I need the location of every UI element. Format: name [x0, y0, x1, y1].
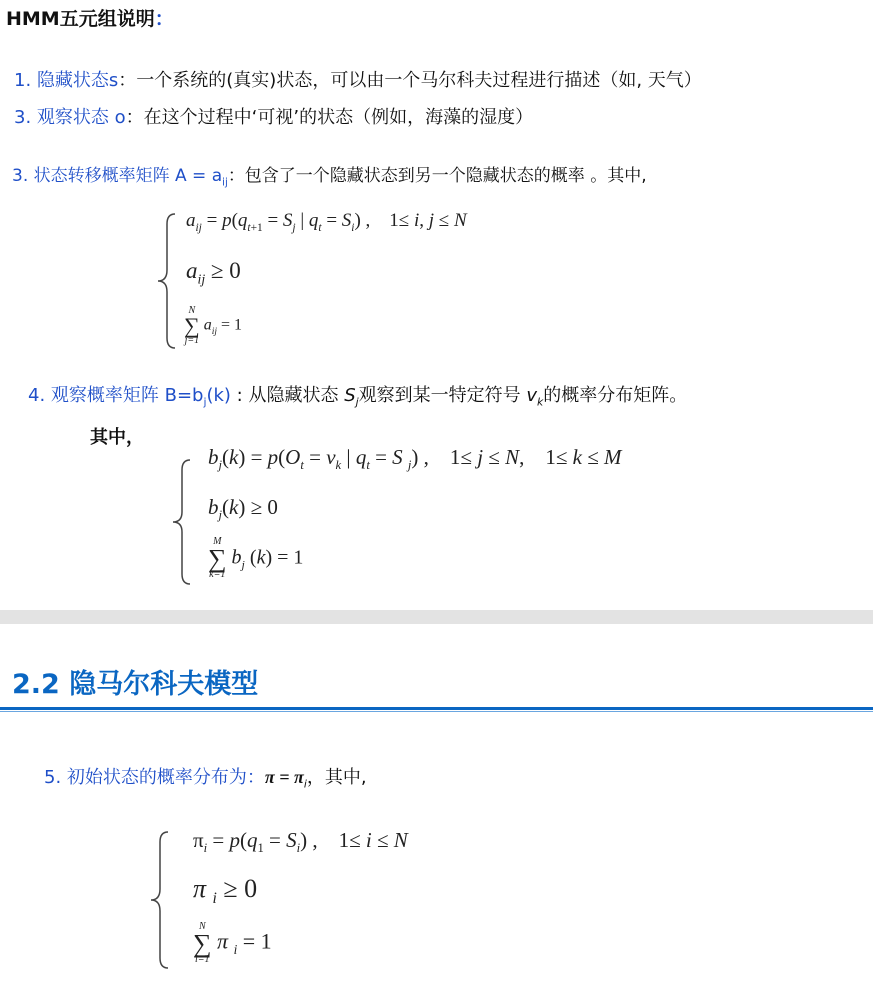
- item-observation-matrix: 4. 观察概率矩阵 B=bj(k) : 从隐藏状态 Sj观察到某一特定符号 vk…: [28, 381, 687, 409]
- left-brace-icon: [148, 830, 172, 970]
- item-text: 在这个过程中‘可视’的状态（例如，海藻的湿度）: [144, 107, 533, 128]
- item-label: 4. 观察概率矩阵 B=b: [28, 385, 203, 406]
- page-title: HMM五元组说明：: [6, 4, 174, 31]
- section-title: 2.2 隐马尔科夫模型: [12, 662, 258, 701]
- item-text: ，其中,: [307, 767, 367, 788]
- equation-b-line2: bj(k) ≥ 0: [208, 495, 278, 523]
- equation-b-line1: bj(k) = p(Ot = vk | qt = S j) , 1≤ j ≤ N…: [208, 445, 621, 473]
- equation-b-line3: M∑k=1 bj (k) = 1: [208, 537, 303, 580]
- left-brace-icon: [170, 458, 194, 586]
- item-observed-state: 3. 观察状态 o：在这个过程中‘可视’的状态（例如，海藻的湿度）: [14, 103, 533, 129]
- equation-pi-line2: π i ≥ 0: [193, 874, 257, 908]
- item-text-1: : 从隐藏状态: [231, 385, 344, 406]
- item-sep: ：: [126, 107, 144, 128]
- left-brace-icon: [155, 212, 179, 350]
- where-label: 其中，: [90, 423, 144, 449]
- title-text: HMM五元组说明: [6, 8, 155, 30]
- item-label: 1. 隐藏状态s: [14, 70, 118, 91]
- symbol-s: S: [344, 385, 355, 406]
- equation-a-line3: N∑j=1 aij = 1: [184, 306, 242, 346]
- section-rule-thin: [0, 711, 873, 712]
- equation-pi-line1: πi = p(q1 = Si) , 1≤ i ≤ N: [193, 828, 408, 856]
- equation-a-line1: aij = p(qt+1 = Sj | qt = Si) , 1≤ i, j ≤…: [186, 210, 467, 234]
- item-label: 3. 状态转移概率矩阵 A = a: [12, 166, 222, 186]
- item-transition-matrix: 3. 状态转移概率矩阵 A = aij：包含了一个隐藏状态到另一个隐藏状态的概率…: [12, 161, 647, 188]
- symbol-v: v: [526, 385, 537, 406]
- item-label-end: (k): [206, 385, 230, 406]
- item-text: ：包含了一个隐藏状态到另一个隐藏状态的概率 。其中,: [228, 166, 647, 186]
- item-initial-distribution: 5. 初始状态的概率分布为：π = πi，其中,: [44, 763, 367, 791]
- slide-divider: [0, 610, 873, 624]
- item-sep: ：: [118, 70, 136, 91]
- item-text: 一个系统的(真实)状态，可以由一个马尔科夫过程进行描述（如, 天气）: [136, 70, 702, 91]
- item-label: 3. 观察状态 o: [14, 107, 126, 128]
- item-text-2: 观察到某一特定符号: [359, 385, 527, 406]
- equation-pi-line3: N∑i=1 π i = 1: [193, 922, 272, 965]
- title-colon: ：: [155, 8, 174, 30]
- item-label: 5. 初始状态的概率分布为：: [44, 767, 265, 788]
- formula-pi: π = π: [265, 767, 304, 787]
- section-rule: [0, 707, 873, 710]
- item-hidden-state: 1. 隐藏状态s：一个系统的(真实)状态，可以由一个马尔科夫过程进行描述（如, …: [14, 66, 702, 92]
- equation-a-line2: aij ≥ 0: [186, 258, 241, 288]
- item-text-3: 的概率分布矩阵。: [543, 385, 687, 406]
